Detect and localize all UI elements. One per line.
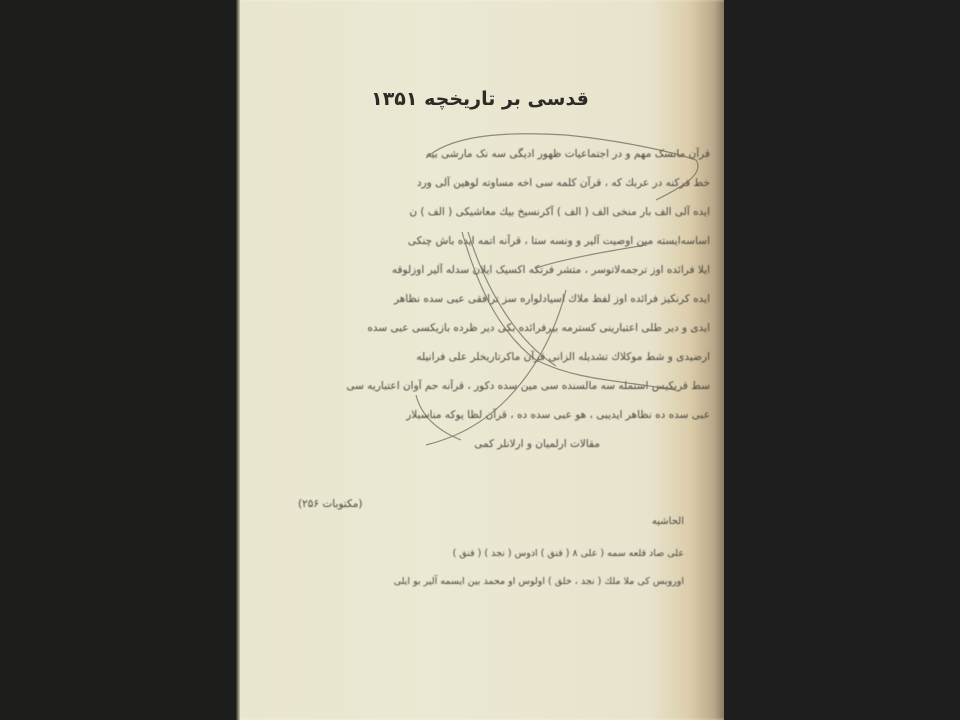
body-line: ایدی و دیر طلی اعتبارینی کسترمه بیرفرائد…	[296, 314, 710, 343]
scanned-book-page: قدسی بر تاریخچه ۱۳۵۱ قرآن مانسک مهم و در…	[236, 0, 724, 720]
body-line-last: مقالات ارلمیان و ارلانلر کمی	[296, 430, 710, 459]
body-line: اساسه‌ایسته مین اوصیت آلیر و ونسه ستا ، …	[296, 227, 710, 256]
body-line: سط قریکیس استمله سه مالسنده سی مین سده د…	[296, 372, 710, 401]
body-line: ایده آلی الف بار منخی الف ( الف ) آکرنسی…	[296, 198, 710, 227]
body-line: ایلا فرائده اوز ترجمه‌لاتوسر ، متشر فرتک…	[296, 256, 710, 285]
body-line: قرآن مانسک مهم و در اجتماعیات ظهور ادیگی…	[296, 140, 710, 169]
notes-heading: الحاشیه	[652, 516, 684, 527]
body-line: خط فرکنه در عربك که ، قرآن کلمه سی اخه م…	[296, 169, 710, 198]
dark-frame-right	[724, 0, 960, 720]
body-line: ارضیدی و شط موکلاك تشدیله الزانی قرآن ما…	[296, 343, 710, 372]
body-line: ایده کرنکیز فرائده اوز لفظ ملاك اسیادلوا…	[296, 285, 710, 314]
body-text: قرآن مانسک مهم و در اجتماعیات ظهور ادیگی…	[296, 140, 710, 459]
citation: (مکتوبات ۲۵۶)	[298, 498, 363, 510]
dark-frame-left	[0, 0, 236, 720]
page-title: قدسی بر تاریخچه ۱۳۵۱	[236, 88, 724, 110]
note-line: علی صاد قلعه سمه ( علی ۸ ( قنق ) ادوس ( …	[453, 548, 684, 559]
note-line: اوروبس کی ملا ملك ( نجد ، خلق ) اولوس او…	[394, 576, 684, 587]
body-line: عبی سده ده نظاهر ایدیبی ، هو عبی سده ده …	[296, 401, 710, 430]
